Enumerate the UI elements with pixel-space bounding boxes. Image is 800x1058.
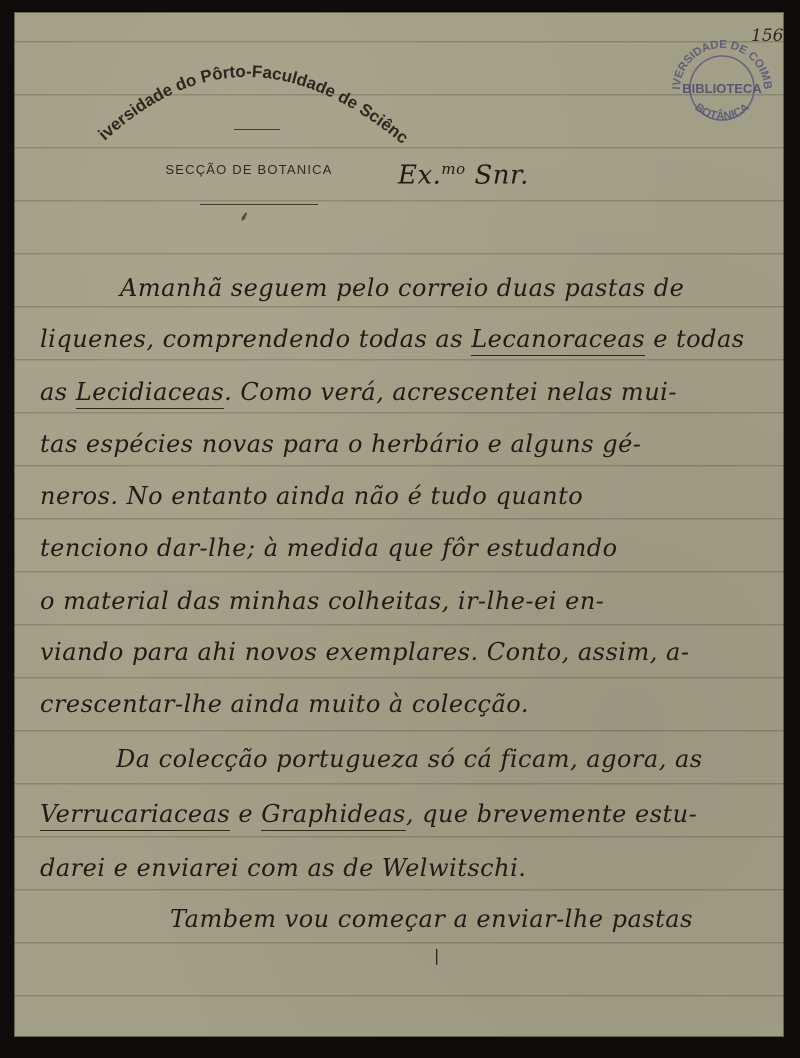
- body-text: . Como verá, acrescentei nelas mui-: [224, 378, 677, 406]
- svg-text:BOTÂNICA: BOTÂNICA: [692, 101, 751, 122]
- body-text: e todas: [653, 325, 744, 353]
- body-text: , que brevemente estu-: [406, 800, 697, 828]
- section-title: SECÇÃO DE BOTANICA: [84, 162, 414, 177]
- taxon-lecidiaceas: Lecidiaceas: [76, 378, 224, 409]
- taxon-lecanoraceas: Lecanoraceas: [471, 325, 645, 356]
- salutation-rest: Snr.: [474, 161, 528, 191]
- letter-page: 156 Universidade do Pôrto-Faculdade de S…: [14, 12, 784, 1037]
- salutation: Ex.mo Snr.: [398, 160, 529, 191]
- body-line-6: tenciono dar-lhe; à medida que fôr estud…: [40, 534, 618, 562]
- taxon-graphideas: Graphideas: [261, 800, 406, 831]
- library-stamp: UNIVERSIDADE DE COIMBRA BOTÂNICA BIBLIOT…: [666, 30, 778, 142]
- stamp-bottom-text: BOTÂNICA: [692, 101, 751, 122]
- body-line-8: viando para ahi novos exemplares. Conto,…: [40, 638, 689, 666]
- body-line-5: neros. No entanto ainda não é tudo quant…: [40, 482, 583, 510]
- letterhead-divider-long: [200, 204, 318, 205]
- letterhead: Universidade do Pôrto-Faculdade de Sciên…: [84, 52, 414, 232]
- body-text: e: [238, 800, 253, 828]
- body-line-13: Tambem vou começar a enviar-lhe pastas: [170, 905, 693, 933]
- institution-name: Universidade do Pôrto-Faculdade de Sciên…: [84, 52, 412, 147]
- body-line-9: crescentar-lhe ainda muito à colecção.: [40, 690, 529, 718]
- body-line-12: darei e enviarei com as de Welwitschi.: [40, 854, 526, 882]
- body-text: as: [40, 378, 68, 406]
- body-line-7: o material das minhas colheitas, ir-lhe-…: [40, 587, 604, 615]
- body-text: liquenes, comprendendo todas as: [40, 325, 463, 353]
- taxon-verrucariaceas: Verrucariaceas: [40, 800, 230, 831]
- letterhead-divider-short: [234, 129, 280, 130]
- body-line-2: liquenes, comprendendo todas as Lecanora…: [40, 325, 745, 353]
- svg-text:Universidade do Pôrto-Faculdad: Universidade do Pôrto-Faculdade de Sciên…: [84, 52, 412, 147]
- stray-mark: |: [434, 946, 440, 965]
- body-line-11: Verrucariaceas e Graphideas, que breveme…: [40, 800, 697, 828]
- fleuron-ornament-icon: ⸙: [239, 207, 250, 226]
- salutation-superscript: mo: [441, 160, 465, 178]
- body-line-4: tas espécies novas para o herbário e alg…: [40, 430, 641, 458]
- body-line-3: as Lecidiaceas. Como verá, acrescentei n…: [40, 378, 677, 406]
- institution-arc-heading: Universidade do Pôrto-Faculdade de Sciên…: [84, 52, 414, 162]
- stamp-center-text: BIBLIOTECA: [682, 81, 762, 96]
- body-line-1: Amanhã seguem pelo correio duas pastas d…: [120, 274, 684, 302]
- body-line-10: Da colecção portugueza só cá ficam, agor…: [116, 745, 703, 773]
- salutation-main: Ex.: [398, 161, 441, 191]
